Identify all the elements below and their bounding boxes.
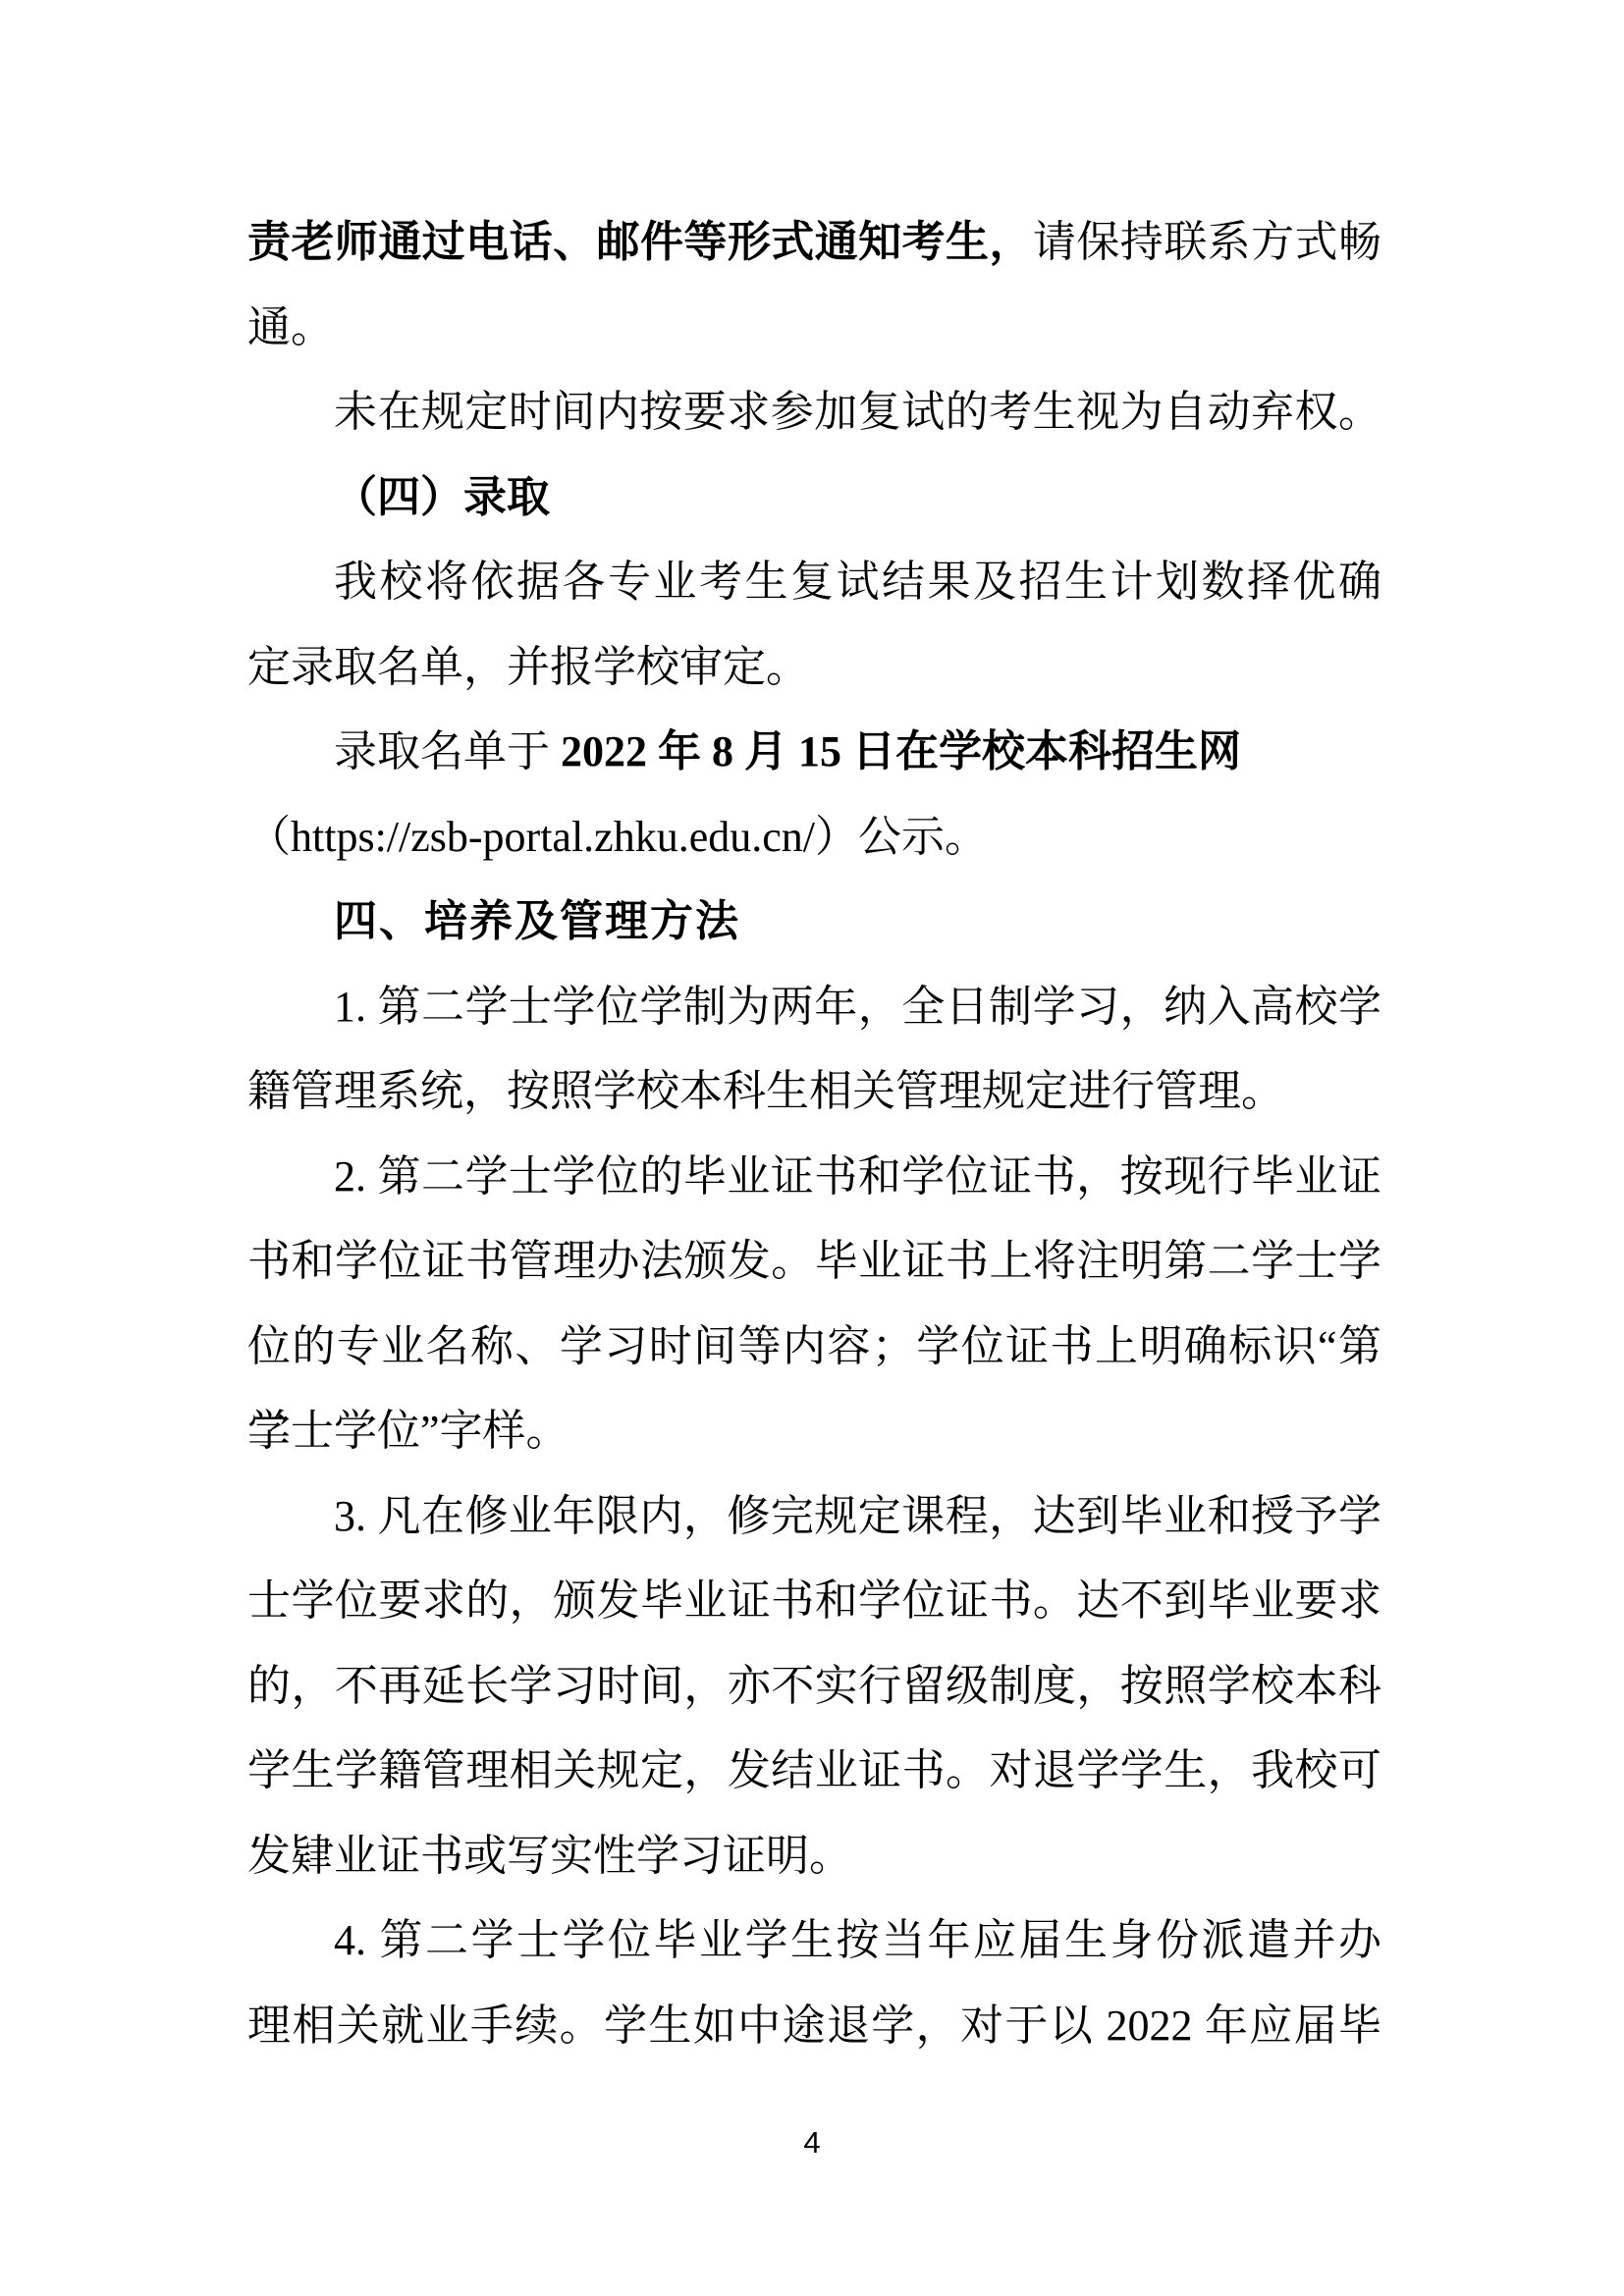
text-line: （四）录取 — [247, 455, 1381, 541]
text-segment: 定录取名单，并报学校审定。 — [247, 643, 809, 691]
text-segment: （四）录取 — [334, 473, 550, 521]
text-line: 学士学位”字样。 — [247, 1389, 1381, 1474]
text-segment: 第二学士学位毕业学生按当年应届生身份派遣并办 — [380, 1916, 1382, 1964]
text-line: （https://zsb-portal.zhku.edu.cn/）公示。 — [247, 795, 1381, 881]
text-segment: 年应届毕 — [1193, 2002, 1382, 2050]
text-line: 位的专业名称、学习时间等内容；学位证书上明确标识“第二 — [247, 1305, 1381, 1390]
text-line: 责老师通过电话、邮件等形式通知考生，请保持联系方式畅 — [247, 200, 1381, 286]
text-segment: 凡在修业年限内，修完规定课程，达到毕业和授予学 — [377, 1492, 1381, 1540]
text-line: 我校将依据各专业考生复试结果及招生计划数择优确 — [247, 540, 1381, 625]
text-segment: 书和学位证书管理办法颁发。毕业证书上将注明第二学士学 — [247, 1237, 1381, 1285]
text-line: 未在规定时间内按要求参加复试的考生视为自动弃权。 — [247, 370, 1381, 455]
text-segment: 籍管理系统，按照学校本科生相关管理规定进行管理。 — [247, 1067, 1284, 1115]
text-line: 定录取名单，并报学校审定。 — [247, 625, 1381, 711]
text-line: 通。 — [247, 286, 1381, 371]
text-segment: （ — [247, 813, 291, 861]
text-line: 录取名单于 2022 年 8 月 15 日在学校本科招生网 — [247, 710, 1381, 795]
document-page: 责老师通过电话、邮件等形式通知考生，请保持联系方式畅通。未在规定时间内按要求参加… — [0, 0, 1624, 2296]
text-segment: ）公示。 — [815, 813, 988, 861]
text-line: 学生学籍管理相关规定，发结业证书。对退学学生，我校可 — [247, 1729, 1381, 1814]
text-segment: 3. — [334, 1492, 377, 1540]
page-number: 4 — [0, 2123, 1624, 2163]
text-line: 籍管理系统，按照学校本科生相关管理规定进行管理。 — [247, 1049, 1381, 1135]
text-segment: 未在规定时间内按要求参加复试的考生视为自动弃权。 — [334, 388, 1381, 436]
text-segment: https://zsb-portal.zhku.edu.cn/ — [291, 813, 815, 861]
text-segment: 第二学士学位学制为两年，全日制学习，纳入高校学 — [377, 983, 1381, 1031]
text-segment: 责老师通过电话、邮件等形式通知考生， — [247, 218, 1033, 266]
text-segment: 发肄业证书或写实性学习证明。 — [247, 1832, 852, 1880]
text-line: 2. 第二学士学位的毕业证书和学位证书，按现行毕业证 — [247, 1135, 1381, 1220]
text-segment: 通。 — [247, 303, 334, 351]
text-segment: 2022 年 8 月 15 日在学校本科招生网 — [561, 727, 1241, 775]
text-segment: 我校将依据各专业考生复试结果及招生计划数择优确 — [334, 558, 1381, 606]
text-segment: 录取名单于 — [334, 727, 561, 775]
text-segment: 2022 — [1107, 2002, 1193, 2050]
document-text-block: 责老师通过电话、邮件等形式通知考生，请保持联系方式畅通。未在规定时间内按要求参加… — [247, 200, 1381, 2068]
text-segment: 理相关就业手续。学生如中途退学，对于以 — [247, 2002, 1107, 2050]
text-segment: 学士学位”字样。 — [247, 1407, 569, 1455]
text-line: 4. 第二学士学位毕业学生按当年应届生身份派遣并办 — [247, 1898, 1381, 1984]
text-segment: 士学位要求的，颁发毕业证书和学位证书。达不到毕业要求 — [247, 1576, 1381, 1625]
text-line: 四、培养及管理方法 — [247, 880, 1381, 965]
text-segment: 第二学士学位的毕业证书和学位证书，按现行毕业证 — [377, 1152, 1381, 1201]
text-segment: 1. — [334, 983, 377, 1031]
text-line: 书和学位证书管理办法颁发。毕业证书上将注明第二学士学 — [247, 1219, 1381, 1305]
text-line: 的，不再延长学习时间，亦不实行留级制度，按照学校本科 — [247, 1644, 1381, 1730]
text-segment: 的，不再延长学习时间，亦不实行留级制度，按照学校本科 — [247, 1662, 1381, 1710]
text-segment: 2. — [334, 1152, 377, 1201]
text-line: 理相关就业手续。学生如中途退学，对于以 2022 年应届毕 — [247, 1984, 1381, 2069]
text-line: 士学位要求的，颁发毕业证书和学位证书。达不到毕业要求 — [247, 1559, 1381, 1644]
text-segment: 请保持联系方式畅 — [1033, 218, 1381, 266]
text-segment: 4. — [334, 1916, 380, 1964]
text-line: 发肄业证书或写实性学习证明。 — [247, 1814, 1381, 1899]
text-segment: 学生学籍管理相关规定，发结业证书。对退学学生，我校可 — [247, 1746, 1381, 1794]
text-line: 3. 凡在修业年限内，修完规定课程，达到毕业和授予学 — [247, 1474, 1381, 1560]
text-line: 1. 第二学士学位学制为两年，全日制学习，纳入高校学 — [247, 965, 1381, 1050]
section-heading-text: 四、培养及管理方法 — [334, 897, 740, 945]
